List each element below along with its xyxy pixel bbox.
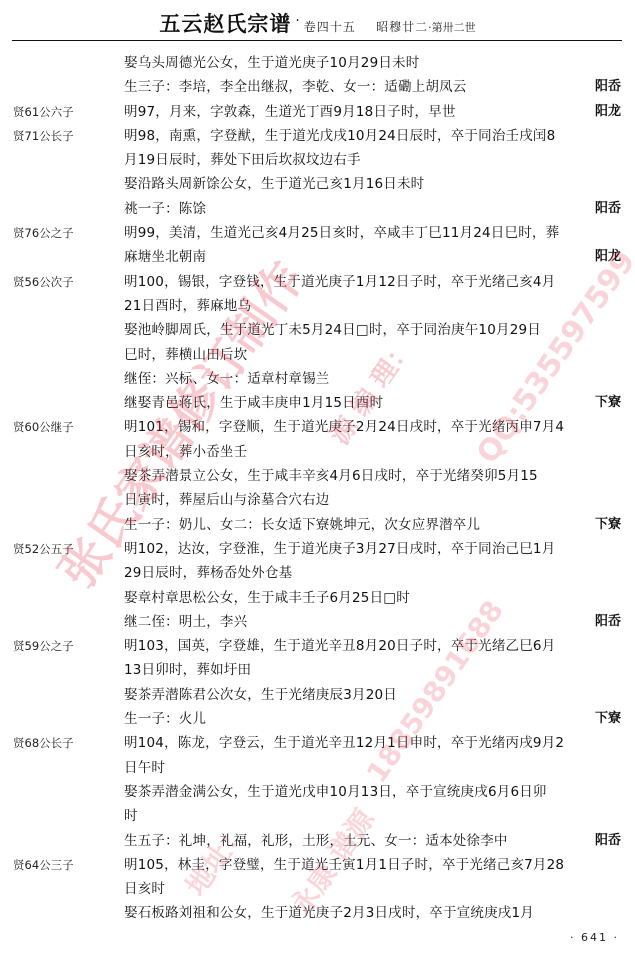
entry-text: 生一子：火儿 xyxy=(124,707,206,731)
entry-line: 日亥时，葬小岙坐壬 xyxy=(0,440,635,464)
entry-text: 生一子：奶儿、女二：长女适下寮姚坤元，次女应界潜卒儿 xyxy=(124,513,480,537)
entry-line: 贤52公五子明102，达汝，字登淮，生于道光庚子3月27日戌时，卒于同治己巳1月 xyxy=(0,537,635,561)
lineage-label: 贤52公五子 xyxy=(13,537,74,561)
entry-text: 娶章村章思松公女，生于咸丰壬子6月25日□时 xyxy=(124,586,410,610)
entry-line: 生一子：奶儿、女二：长女适下寮姚坤元，次女应界潜卒儿下寮 xyxy=(0,513,635,537)
entry-line: 继侄：兴标、女一：适章村章锡兰 xyxy=(0,367,635,391)
entry-line: 娶章村章思松公女，生于咸丰壬子6月25日□时 xyxy=(0,586,635,610)
entry-line: 生一子：火儿下寮 xyxy=(0,707,635,731)
place-name: 阳龙 xyxy=(595,100,621,124)
genealogy-page: 五云赵氏宗谱·卷四十五 昭穆廿二·第卅二世 娶乌头周德光公女，生于道光庚子10月… xyxy=(0,0,635,968)
entry-line: 贤61公六子明97，月来，字敦森，生道光丁酉9月18日子时，早世阳龙 xyxy=(0,100,635,124)
entry-text: 明104，陈龙，字登云，生于道光辛丑12月1日申时，卒于光绪丙戌9月2 xyxy=(124,731,564,755)
entry-text: 明99，美清，生道光己亥4月25日亥时，卒咸丰丁巳11月24日巳时，葬 xyxy=(124,221,559,245)
entry-text: 时 xyxy=(124,804,138,828)
entry-text: 麻塘坐北朝南 xyxy=(124,245,206,269)
entry-text: 娶乌头周德光公女，生于道光庚子10月29日未时 xyxy=(124,51,419,75)
lineage-label: 贤71公长子 xyxy=(13,124,74,148)
place-name: 阳岙 xyxy=(595,75,621,99)
entry-text: 娶茶弄潜金满公女，生于道光戊申10月13日，卒于宣统庚戌6月6日卯 xyxy=(124,780,547,804)
lineage-label: 贤64公三子 xyxy=(13,853,74,877)
entry-text: 娶茶弄潜陈君公次女，生于光绪庚辰3月20日 xyxy=(124,683,397,707)
entry-line: 贤68公长子明104，陈龙，字登云，生于道光辛丑12月1日申时，卒于光绪丙戌9月… xyxy=(0,731,635,755)
entry-text: 月19日辰时，葬处下田后坎叔坟边右手 xyxy=(124,148,361,172)
entry-line: 日寅时，葬屋后山与涂墓合穴右边 xyxy=(0,488,635,512)
genealogy-entries: 娶乌头周德光公女，生于道光庚子10月29日未时生三子：李培，李全出继叔，李乾、女… xyxy=(0,51,635,926)
entry-line: 巳时，葬横山田后坎 xyxy=(0,343,635,367)
entry-line: 娶沿路头周新馀公女，生于道光己亥1月16日未时 xyxy=(0,172,635,196)
entry-line: 日亥时 xyxy=(0,877,635,901)
entry-line: 贤71公长子明98，南熏，字登猷，生于道光戊戌10月24日辰时，卒于同治壬戌闰8 xyxy=(0,124,635,148)
entry-text: 明105，林圭，字登璧，生于道光壬寅1月1日子时，卒于光绪己亥7月28 xyxy=(124,853,564,877)
entry-text: 生五子：礼坤，礼福，礼形，土形，土元、女一：适本处徐李中 xyxy=(124,829,508,853)
entry-text: 明98，南熏，字登猷，生于道光戊戌10月24日辰时，卒于同治壬戌闰8 xyxy=(124,124,555,148)
entry-line: 娶乌头周德光公女，生于道光庚子10月29日未时 xyxy=(0,51,635,75)
volume-label: 卷四十五 xyxy=(304,20,356,34)
lineage-label: 贤60公继子 xyxy=(13,415,74,439)
entry-line: 贤64公三子明105，林圭，字登璧，生于道光壬寅1月1日子时，卒于光绪己亥7月2… xyxy=(0,853,635,877)
entry-text: 祧一子：陈馀 xyxy=(124,197,206,221)
entry-line: 娶茶弄潜景立公女，生于咸丰辛亥4月6日戌时，卒于光绪癸卯5月15 xyxy=(0,464,635,488)
entry-text: 明100，锡银，字登钱，生于道光庚子1月12日子时，卒于光绪己亥4月 xyxy=(124,270,555,294)
entry-text: 13日卯时，葬如圩田 xyxy=(124,658,251,682)
entry-text: 继娶青邑蒋氏，生于咸丰庚申1月15日酉时 xyxy=(124,391,383,415)
entry-line: 娶池岭脚周氏，生于道光丁未5月24日□时，卒于同治庚午10月29日 xyxy=(0,318,635,342)
entry-text: 明97，月来，字敦森，生道光丁酉9月18日子时，早世 xyxy=(124,100,456,124)
entry-text: 娶茶弄潜景立公女，生于咸丰辛亥4月6日戌时，卒于光绪癸卯5月15 xyxy=(124,464,538,488)
entry-text: 29日辰时，葬杨岙处外仓基 xyxy=(124,561,292,585)
lineage-label: 贤76公之子 xyxy=(13,221,74,245)
entry-line: 继娶青邑蒋氏，生于咸丰庚申1月15日酉时下寮 xyxy=(0,391,635,415)
entry-text: 明103，国英，字登雄，生于道光辛丑8月20日子时，卒于光绪乙巳6月 xyxy=(124,634,555,658)
entry-text: 娶石板路刘祖和公女，生于道光庚子2月3日戌时，卒于宣统庚戌1月 xyxy=(124,901,534,925)
place-name: 阳龙 xyxy=(595,245,621,269)
entry-text: 明101，锡和，字登顺，生于道光庚子2月24日戌时，卒于光绪丙申7月4 xyxy=(124,415,564,439)
entry-line: 月19日辰时，葬处下田后坎叔坟边右手 xyxy=(0,148,635,172)
book-title: 五云赵氏宗谱 xyxy=(159,11,291,36)
lineage-label: 贤61公六子 xyxy=(13,100,74,124)
entry-text: 娶沿路头周新馀公女，生于道光己亥1月16日未时 xyxy=(124,172,424,196)
entry-line: 生三子：李培，李全出继叔，李乾、女一：适磡上胡凤云阳岙 xyxy=(0,75,635,99)
entry-line: 麻塘坐北朝南阳龙 xyxy=(0,245,635,269)
lineage-label: 贤56公次子 xyxy=(13,270,74,294)
entry-line: 13日卯时，葬如圩田 xyxy=(0,658,635,682)
entry-line: 继二侄：明土，李兴阳岙 xyxy=(0,610,635,634)
page-number: · 641 · xyxy=(570,931,619,944)
entry-line: 29日辰时，葬杨岙处外仓基 xyxy=(0,561,635,585)
entry-text: 继二侄：明土，李兴 xyxy=(124,610,247,634)
page-header: 五云赵氏宗谱·卷四十五 昭穆廿二·第卅二世 xyxy=(0,8,635,38)
entry-text: 明102，达汝，字登淮，生于道光庚子3月27日戌时，卒于同治己巳1月 xyxy=(124,537,555,561)
title-separator: · xyxy=(295,13,299,29)
entry-line: 生五子：礼坤，礼福，礼形，土形，土元、女一：适本处徐李中阳岙 xyxy=(0,829,635,853)
entry-text: 日亥时，葬小岙坐壬 xyxy=(124,440,247,464)
header-divider xyxy=(12,40,622,41)
entry-line: 祧一子：陈馀阳岙 xyxy=(0,197,635,221)
place-name: 下寮 xyxy=(595,513,621,537)
entry-text: 生三子：李培，李全出继叔，李乾、女一：适磡上胡凤云 xyxy=(124,75,467,99)
place-name: 阳岙 xyxy=(595,197,621,221)
entry-line: 贤56公次子明100，锡银，字登钱，生于道光庚子1月12日子时，卒于光绪己亥4月 xyxy=(0,270,635,294)
entry-text: 娶池岭脚周氏，生于道光丁未5月24日□时，卒于同治庚午10月29日 xyxy=(124,318,541,342)
place-name: 阳岙 xyxy=(595,610,621,634)
entry-line: 娶茶弄潜金满公女，生于道光戊申10月13日，卒于宣统庚戌6月6日卯 xyxy=(0,780,635,804)
entry-text: 日午时 xyxy=(124,756,165,780)
entry-line: 日午时 xyxy=(0,756,635,780)
entry-text: 日亥时 xyxy=(124,877,165,901)
place-name: 下寮 xyxy=(595,707,621,731)
entry-text: 巳时，葬横山田后坎 xyxy=(124,343,247,367)
entry-text: 继侄：兴标、女一：适章村章锡兰 xyxy=(124,367,330,391)
entry-line: 贤60公继子明101，锡和，字登顺，生于道光庚子2月24日戌时，卒于光绪丙申7月… xyxy=(0,415,635,439)
entry-line: 娶茶弄潜陈君公次女，生于光绪庚辰3月20日 xyxy=(0,683,635,707)
lineage-label: 贤68公长子 xyxy=(13,731,74,755)
entry-line: 贤59公之子明103，国英，字登雄，生于道光辛丑8月20日子时，卒于光绪乙巳6月 xyxy=(0,634,635,658)
entry-line: 贤76公之子明99，美清，生道光己亥4月25日亥时，卒咸丰丁巳11月24日巳时，… xyxy=(0,221,635,245)
section-label: 昭穆廿二 xyxy=(376,20,428,34)
entry-line: 时 xyxy=(0,804,635,828)
place-name: 下寮 xyxy=(595,391,621,415)
entry-text: 21日酉时，葬麻地乌 xyxy=(124,294,251,318)
lineage-label: 贤59公之子 xyxy=(13,634,74,658)
entry-line: 娶石板路刘祖和公女，生于道光庚子2月3日戌时，卒于宣统庚戌1月 xyxy=(0,901,635,925)
generation-label: ·第卅二世 xyxy=(428,21,476,34)
place-name: 阳岙 xyxy=(595,829,621,853)
entry-text: 日寅时，葬屋后山与涂墓合穴右边 xyxy=(124,488,330,512)
entry-line: 21日酉时，葬麻地乌 xyxy=(0,294,635,318)
